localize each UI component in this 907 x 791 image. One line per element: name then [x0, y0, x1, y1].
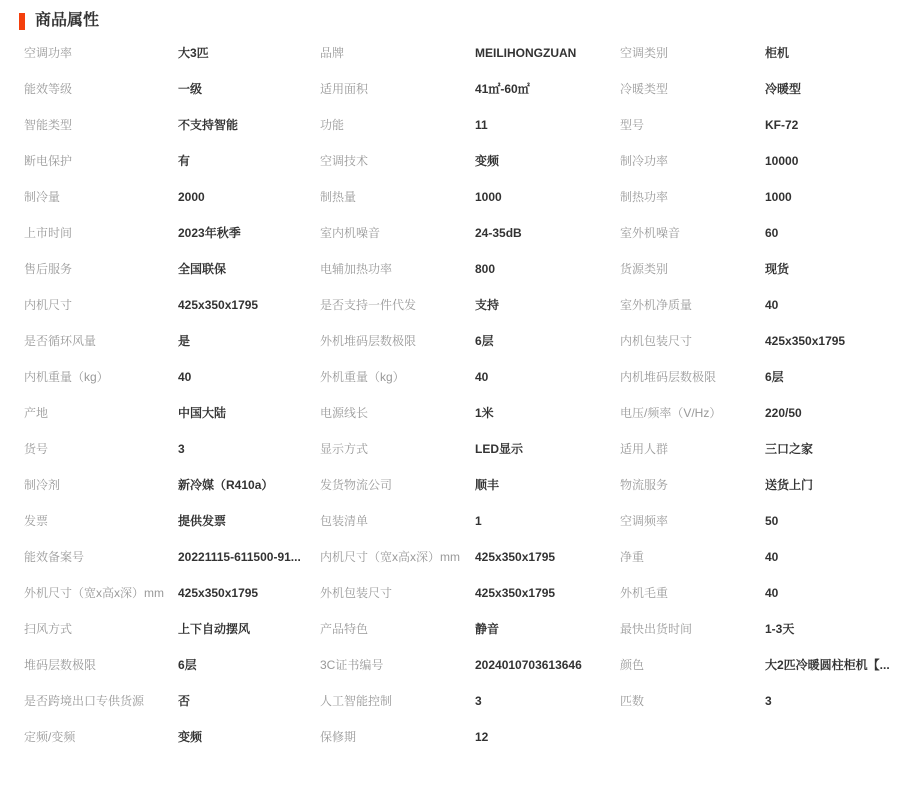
- page-title: 商品属性: [35, 11, 99, 31]
- attribute-value: 3: [475, 684, 620, 720]
- attribute-value: 大3匹: [178, 36, 320, 72]
- attribute-value: 50: [765, 504, 907, 540]
- attribute-value: 有: [178, 144, 320, 180]
- attribute-label: 电源线长: [320, 396, 475, 432]
- attribute-label: 室外机噪音: [620, 216, 765, 252]
- attribute-label: 发货物流公司: [320, 468, 475, 504]
- attribute-label: 外机尺寸（宽x高x深）mm: [24, 576, 178, 612]
- attribute-row: 扫风方式上下自动摆风产品特色静音最快出货时间1-3天: [24, 612, 907, 648]
- attribute-value: 提供发票: [178, 504, 320, 540]
- attribute-value: 800: [475, 252, 620, 288]
- attribute-value: 1-3天: [765, 612, 907, 648]
- attribute-row: 售后服务全国联保电辅加热功率800货源类别现货: [24, 252, 907, 288]
- attribute-label: 售后服务: [24, 252, 178, 288]
- attribute-label: 扫风方式: [24, 612, 178, 648]
- attribute-label: 制热量: [320, 180, 475, 216]
- attribute-label: 制热功率: [620, 180, 765, 216]
- attribute-value: 上下自动摆风: [178, 612, 320, 648]
- attribute-label: 颜色: [620, 648, 765, 684]
- attribute-value: 6层: [765, 360, 907, 396]
- attribute-label: 室内机噪音: [320, 216, 475, 252]
- attribute-row: 制冷量2000制热量1000制热功率1000: [24, 180, 907, 216]
- attribute-value: 425x350x1795: [178, 288, 320, 324]
- attribute-value: 变频: [475, 144, 620, 180]
- attribute-value: 425x350x1795: [765, 324, 907, 360]
- attribute-label: 断电保护: [24, 144, 178, 180]
- attribute-label: 匹数: [620, 684, 765, 720]
- attribute-row: 发票提供发票包装清单1空调频率50: [24, 504, 907, 540]
- attribute-value: 是: [178, 324, 320, 360]
- attribute-label: 定频/变频: [24, 720, 178, 756]
- attribute-value: 2024010703613646: [475, 648, 620, 684]
- attribute-label: 物流服务: [620, 468, 765, 504]
- attribute-value: 60: [765, 216, 907, 252]
- attribute-value: MEILIHONGZUAN: [475, 36, 620, 72]
- attribute-label: 型号: [620, 108, 765, 144]
- attribute-value: 3: [765, 684, 907, 720]
- attribute-label: 显示方式: [320, 432, 475, 468]
- attribute-label: 外机堆码层数极限: [320, 324, 475, 360]
- attribute-value: 送货上门: [765, 468, 907, 504]
- attribute-value: 1米: [475, 396, 620, 432]
- attribute-row: 堆码层数极限6层3C证书编号2024010703613646颜色大2匹冷暖圆柱柜…: [24, 648, 907, 684]
- attribute-label: 内机重量（kg）: [24, 360, 178, 396]
- attribute-label: 是否支持一件代发: [320, 288, 475, 324]
- attribute-label: 净重: [620, 540, 765, 576]
- attribute-value: 静音: [475, 612, 620, 648]
- attribute-row: 断电保护有空调技术变频制冷功率10000: [24, 144, 907, 180]
- attribute-value: 2000: [178, 180, 320, 216]
- attribute-value: 支持: [475, 288, 620, 324]
- attribute-row: 内机重量（kg）40外机重量（kg）40内机堆码层数极限6层: [24, 360, 907, 396]
- attribute-row: 产地中国大陆电源线长1米电压/频率（V/Hz）220/50: [24, 396, 907, 432]
- attribute-label: 3C证书编号: [320, 648, 475, 684]
- attribute-label: 功能: [320, 108, 475, 144]
- attribute-value: 24-35dB: [475, 216, 620, 252]
- product-attributes-panel: 商品属性 空调功率大3匹品牌MEILIHONGZUAN空调类别柜机能效等级一级适…: [0, 0, 907, 791]
- attribute-label: 内机尺寸: [24, 288, 178, 324]
- attribute-value: KF-72: [765, 108, 907, 144]
- attribute-row: 能效备案号20221115-611500-91...内机尺寸（宽x高x深）mm4…: [24, 540, 907, 576]
- attribute-row: 外机尺寸（宽x高x深）mm425x350x1795外机包装尺寸425x350x1…: [24, 576, 907, 612]
- attribute-label: 保修期: [320, 720, 475, 756]
- attribute-value: 40: [765, 288, 907, 324]
- attribute-label: 电压/频率（V/Hz）: [620, 396, 765, 432]
- attribute-value: 大2匹冷暖圆柱柜机【...: [765, 648, 907, 684]
- attribute-row: 空调功率大3匹品牌MEILIHONGZUAN空调类别柜机: [24, 36, 907, 72]
- attribute-label: 适用人群: [620, 432, 765, 468]
- attribute-value: 1000: [475, 180, 620, 216]
- attribute-label: 是否跨境出口专供货源: [24, 684, 178, 720]
- attribute-label: 电辅加热功率: [320, 252, 475, 288]
- attribute-row: 货号3显示方式LED显示适用人群三口之家: [24, 432, 907, 468]
- attribute-label: 人工智能控制: [320, 684, 475, 720]
- attribute-value: 否: [178, 684, 320, 720]
- attribute-value: 12: [475, 720, 620, 756]
- section-header: 商品属性: [0, 0, 907, 33]
- attribute-value: 425x350x1795: [475, 540, 620, 576]
- attribute-label: 冷暖类型: [620, 72, 765, 108]
- attribute-value: 220/50: [765, 396, 907, 432]
- attribute-label: 空调类别: [620, 36, 765, 72]
- attribute-value: 一级: [178, 72, 320, 108]
- attribute-label: 空调技术: [320, 144, 475, 180]
- attribute-value: 1: [475, 504, 620, 540]
- attribute-row: 制冷剂新冷媒（R410a）发货物流公司顺丰物流服务送货上门: [24, 468, 907, 504]
- attribute-row: 智能类型不支持智能功能11型号KF-72: [24, 108, 907, 144]
- attribute-label: 内机尺寸（宽x高x深）mm: [320, 540, 475, 576]
- attribute-value: 冷暖型: [765, 72, 907, 108]
- attributes-grid: 空调功率大3匹品牌MEILIHONGZUAN空调类别柜机能效等级一级适用面积41…: [0, 33, 907, 756]
- attribute-value: 40: [475, 360, 620, 396]
- attribute-value: 柜机: [765, 36, 907, 72]
- attribute-label: 堆码层数极限: [24, 648, 178, 684]
- attribute-value: LED显示: [475, 432, 620, 468]
- attribute-label: 外机重量（kg）: [320, 360, 475, 396]
- accent-bar-icon: [19, 13, 25, 30]
- attribute-label: 包装清单: [320, 504, 475, 540]
- attribute-label: 品牌: [320, 36, 475, 72]
- attribute-label: 室外机净质量: [620, 288, 765, 324]
- attribute-label: 外机包装尺寸: [320, 576, 475, 612]
- attribute-value: 41㎡-60㎡: [475, 72, 620, 108]
- attribute-label: 空调频率: [620, 504, 765, 540]
- attribute-row: 内机尺寸425x350x1795是否支持一件代发支持室外机净质量40: [24, 288, 907, 324]
- attribute-value: 三口之家: [765, 432, 907, 468]
- attribute-value: 40: [765, 576, 907, 612]
- attribute-label: 是否循环风量: [24, 324, 178, 360]
- attribute-value: 新冷媒（R410a）: [178, 468, 320, 504]
- attribute-label: 内机堆码层数极限: [620, 360, 765, 396]
- attribute-value: 变频: [178, 720, 320, 756]
- attribute-label: 最快出货时间: [620, 612, 765, 648]
- attribute-label: 发票: [24, 504, 178, 540]
- attribute-row: 上市时间2023年秋季室内机噪音24-35dB室外机噪音60: [24, 216, 907, 252]
- attribute-value: 6层: [475, 324, 620, 360]
- attribute-value: 425x350x1795: [475, 576, 620, 612]
- attribute-label: 产地: [24, 396, 178, 432]
- attribute-label: 空调功率: [24, 36, 178, 72]
- attribute-value: 顺丰: [475, 468, 620, 504]
- attribute-row: 是否循环风量是外机堆码层数极限6层内机包装尺寸425x350x1795: [24, 324, 907, 360]
- attribute-label: 制冷功率: [620, 144, 765, 180]
- attribute-row: 是否跨境出口专供货源否人工智能控制3匹数3: [24, 684, 907, 720]
- attribute-value: 425x350x1795: [178, 576, 320, 612]
- attribute-label: 适用面积: [320, 72, 475, 108]
- attribute-value: 不支持智能: [178, 108, 320, 144]
- attribute-label: 制冷量: [24, 180, 178, 216]
- attribute-label: 制冷剂: [24, 468, 178, 504]
- attribute-label: 上市时间: [24, 216, 178, 252]
- attribute-label: 能效等级: [24, 72, 178, 108]
- attribute-label: 智能类型: [24, 108, 178, 144]
- attribute-label: 外机毛重: [620, 576, 765, 612]
- attribute-value: 2023年秋季: [178, 216, 320, 252]
- attribute-label: 内机包装尺寸: [620, 324, 765, 360]
- attribute-value: 中国大陆: [178, 396, 320, 432]
- attribute-value: 3: [178, 432, 320, 468]
- attribute-value: 11: [475, 108, 620, 144]
- attribute-value: 40: [178, 360, 320, 396]
- attribute-value: 10000: [765, 144, 907, 180]
- attribute-value: 20221115-611500-91...: [178, 540, 320, 576]
- attribute-row: 定频/变频变频保修期12: [24, 720, 907, 756]
- attribute-label: 货源类别: [620, 252, 765, 288]
- attribute-value: 现货: [765, 252, 907, 288]
- attribute-value: 40: [765, 540, 907, 576]
- attribute-value: 6层: [178, 648, 320, 684]
- attribute-value: 1000: [765, 180, 907, 216]
- attribute-row: 能效等级一级适用面积41㎡-60㎡冷暖类型冷暖型: [24, 72, 907, 108]
- attribute-label: 能效备案号: [24, 540, 178, 576]
- attribute-label: 货号: [24, 432, 178, 468]
- attribute-value: 全国联保: [178, 252, 320, 288]
- attribute-label: 产品特色: [320, 612, 475, 648]
